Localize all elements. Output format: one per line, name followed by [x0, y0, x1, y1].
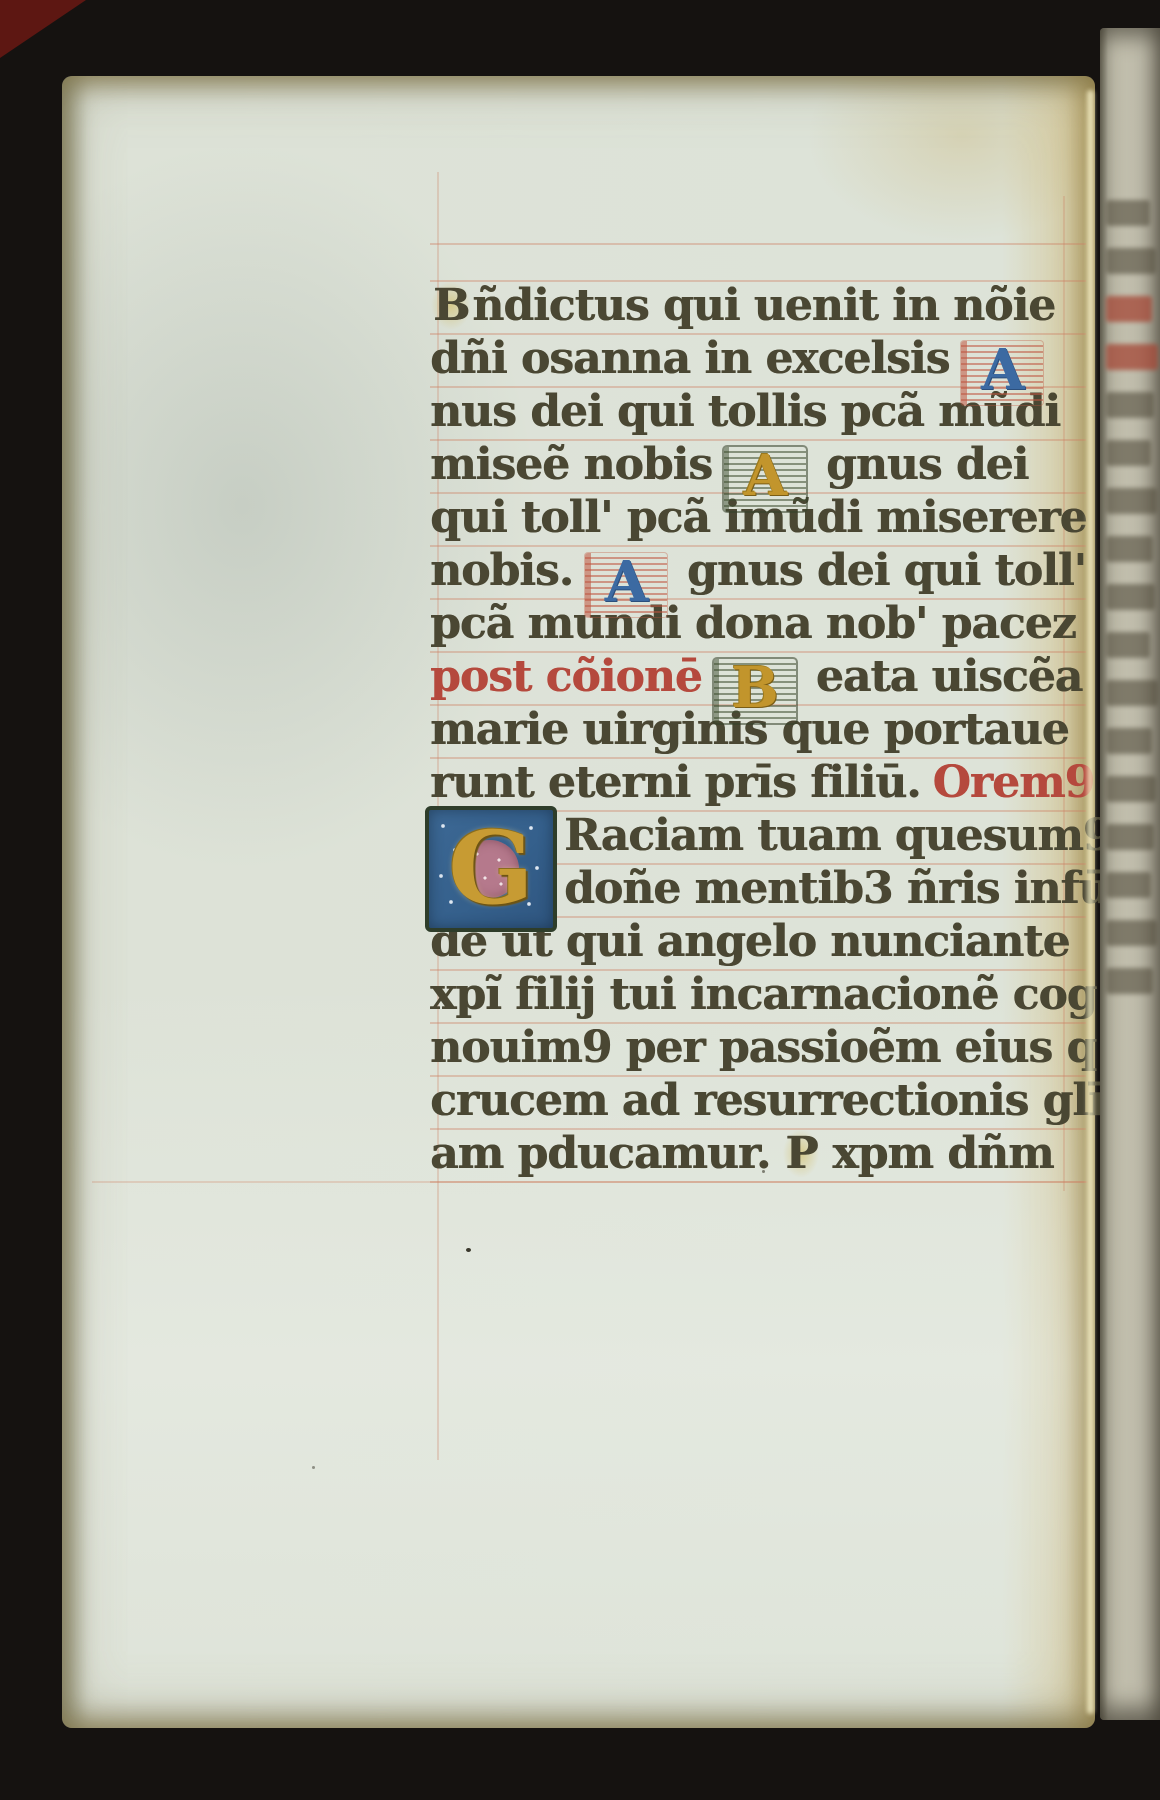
facing-page-rubric-row: [1106, 344, 1158, 370]
penwork-initial: A: [961, 341, 1043, 405]
manuscript-page: Bñdictus qui uenit in nõiedñi osanna in …: [62, 76, 1095, 1728]
washed-capital: B: [430, 280, 472, 331]
facing-page-text-row: [1106, 824, 1154, 850]
text-line: nobis.Agnus dei qui toll': [430, 545, 1090, 598]
facing-page-text-row: [1106, 536, 1153, 562]
ruling-line: [430, 1181, 1086, 1183]
facing-page-text-row: [1106, 728, 1152, 754]
text-run: pcã mundi dona nob' pacez: [430, 598, 1076, 649]
penwork-initial: A: [585, 553, 667, 617]
text-line: xpĩ filij tui incarnacionẽ cog: [430, 969, 1090, 1022]
manuscript-photograph: Bñdictus qui uenit in nõiedñi osanna in …: [0, 0, 1160, 1800]
text-run: nobis.: [430, 545, 573, 596]
text-run: gnus dei qui toll': [687, 545, 1086, 596]
text-line: miseẽ nobisAgnus dei: [430, 439, 1090, 492]
binding-corner: [0, 0, 86, 58]
facing-page-text-row: [1106, 632, 1150, 658]
facing-page-text-row: [1106, 920, 1157, 946]
text-run: doñe mentib3 ñris infū: [564, 863, 1109, 914]
facing-page-sliver: [1100, 28, 1160, 1720]
facing-page-text-row: [1106, 200, 1150, 226]
text-line: nouim9 per passioẽm eius q: [430, 1022, 1090, 1075]
facing-page-text-row: [1106, 584, 1155, 610]
facing-page-rubric-row: [1106, 296, 1152, 322]
text-run: Raciam tuam quesum9: [564, 810, 1112, 861]
text-line: runt eterni prīs filiū.Orem9: [430, 757, 1090, 810]
rubric-text: Orem9: [932, 757, 1094, 808]
washed-capital: P: [782, 1128, 820, 1179]
facing-page-text-row: [1106, 248, 1156, 274]
initial-g-letter: G: [429, 814, 553, 922]
text-run: nouim9 per passioẽm eius q: [430, 1022, 1096, 1073]
text-run: miseẽ nobis: [430, 439, 712, 490]
text-run: runt eterni prīs filiū.: [430, 757, 920, 808]
text-run: xpĩ filij tui incarnacionẽ cog: [430, 969, 1096, 1020]
parchment-speck: [312, 1466, 315, 1469]
text-run: crucem ad resurrectionis glī: [430, 1075, 1104, 1126]
illuminated-initial-g: G: [425, 806, 557, 932]
text-line: crucem ad resurrectionis glī: [430, 1075, 1090, 1128]
penwork-initial: B: [714, 659, 796, 723]
text-run: eata uiscẽa: [816, 651, 1082, 702]
text-run: ñdictus qui uenit in nõie: [472, 280, 1055, 331]
rubric-text: post cõionē: [430, 651, 702, 702]
text-line: dñi osanna in excelsisA: [430, 333, 1090, 386]
text-block: Bñdictus qui uenit in nõiedñi osanna in …: [430, 280, 1090, 1181]
text-run: xpm dñm: [832, 1128, 1053, 1179]
facing-page-text-row: [1106, 776, 1156, 802]
text-line: post cõionēBeata uiscẽa: [430, 651, 1090, 704]
text-run: dñi osanna in excelsis: [430, 333, 949, 384]
text-run: am pducamur.: [430, 1128, 770, 1179]
text-line: pcã mundi dona nob' pacez: [430, 598, 1090, 651]
text-line: am pducamur.Pxpm dñm: [430, 1128, 1090, 1181]
facing-page-text-row: [1106, 488, 1157, 514]
parchment-speck: [762, 1170, 765, 1173]
text-line: Bñdictus qui uenit in nõie: [430, 280, 1090, 333]
parchment-speck: [466, 1248, 471, 1252]
ruling-line-top: [430, 243, 1086, 245]
text-run: gnus dei: [826, 439, 1028, 490]
facing-page-text-row: [1106, 968, 1153, 994]
facing-page-text-row: [1106, 680, 1158, 706]
penwork-initial: A: [724, 447, 806, 511]
facing-page-text-row: [1106, 872, 1151, 898]
facing-page-text-row: [1106, 392, 1154, 418]
facing-page-text-row: [1106, 440, 1151, 466]
